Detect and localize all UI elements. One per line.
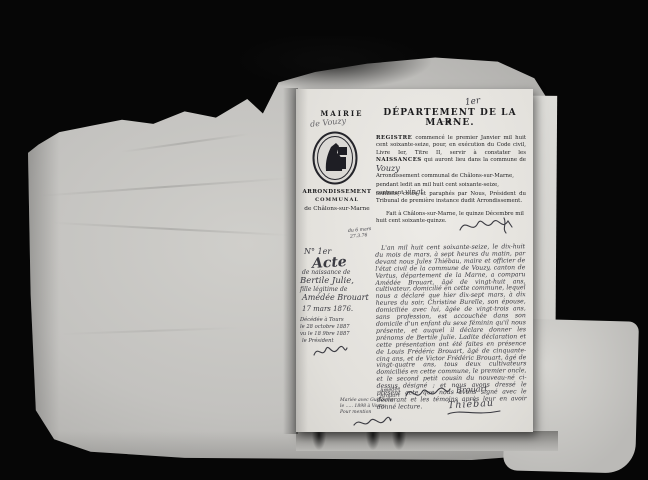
margin-act-date: 17 mars 1876. xyxy=(302,305,353,313)
death-note-paraph xyxy=(312,343,348,361)
margin-father-name: Amédée Brouart xyxy=(302,293,369,302)
torn-edge-shadow xyxy=(228,36,433,90)
page-edge-tear xyxy=(392,431,406,450)
communal-label: COMMUNAL xyxy=(298,197,376,203)
maire-signature-flourish xyxy=(446,409,502,417)
preamble-text-2: qui auront lieu dans la commune xyxy=(424,157,517,163)
ornament-divider: —◆— xyxy=(374,119,526,125)
margin-death-note-line: vu le 18 9bre 1887 xyxy=(300,331,350,337)
page-edge-tear xyxy=(312,431,326,450)
president-signature xyxy=(458,215,514,237)
margin-child-name: Bertile Julie, xyxy=(300,276,354,286)
naissances-word: NAISSANCES xyxy=(376,157,422,163)
margin-death-note-line: Décédée à Tours xyxy=(300,317,344,323)
page-edge-tear xyxy=(366,431,380,450)
margin-naissance-de: de naissance de xyxy=(302,269,350,276)
timbre-stamp xyxy=(312,131,358,186)
arrondissement-label: ARRONDISSEMENT xyxy=(298,189,376,195)
scanned-book-photo: 1er MAIRIE de Vouzy ARRONDISSEMENT COMMU… xyxy=(0,0,648,480)
registre-word: REGISTRE xyxy=(376,135,412,141)
act-annotation-line: 27.3.76 xyxy=(350,233,368,240)
feuillets-line: feuillets, cotés et paraphés par Nous, P… xyxy=(376,191,526,206)
registre-preamble: REGISTRE commencé le premier Janvier mil… xyxy=(376,135,526,174)
page-edge-band xyxy=(296,431,558,451)
arrondissement-line: Arrondissement communal de Châlons-sur-M… xyxy=(376,173,526,179)
commune-handwritten: Vouzy xyxy=(376,164,400,173)
chalons-label: de Châlons-sur-Marne xyxy=(298,206,376,212)
register-page: 1er MAIRIE de Vouzy ARRONDISSEMENT COMMU… xyxy=(296,89,533,432)
preamble-de: de xyxy=(519,157,526,163)
declarant-signature-flourish xyxy=(404,385,452,401)
margin-death-note-line: le 28 octobre 1887 xyxy=(300,324,350,330)
mairie-commune-handwritten: de Vouzy xyxy=(310,116,347,129)
marriage-note-paraph xyxy=(352,415,392,431)
folio-number: 1er xyxy=(464,96,481,108)
departement-title: DÉPARTEMENT DE LA MARNE. xyxy=(374,108,526,128)
margin-legitime: fille légitime de xyxy=(300,286,347,293)
